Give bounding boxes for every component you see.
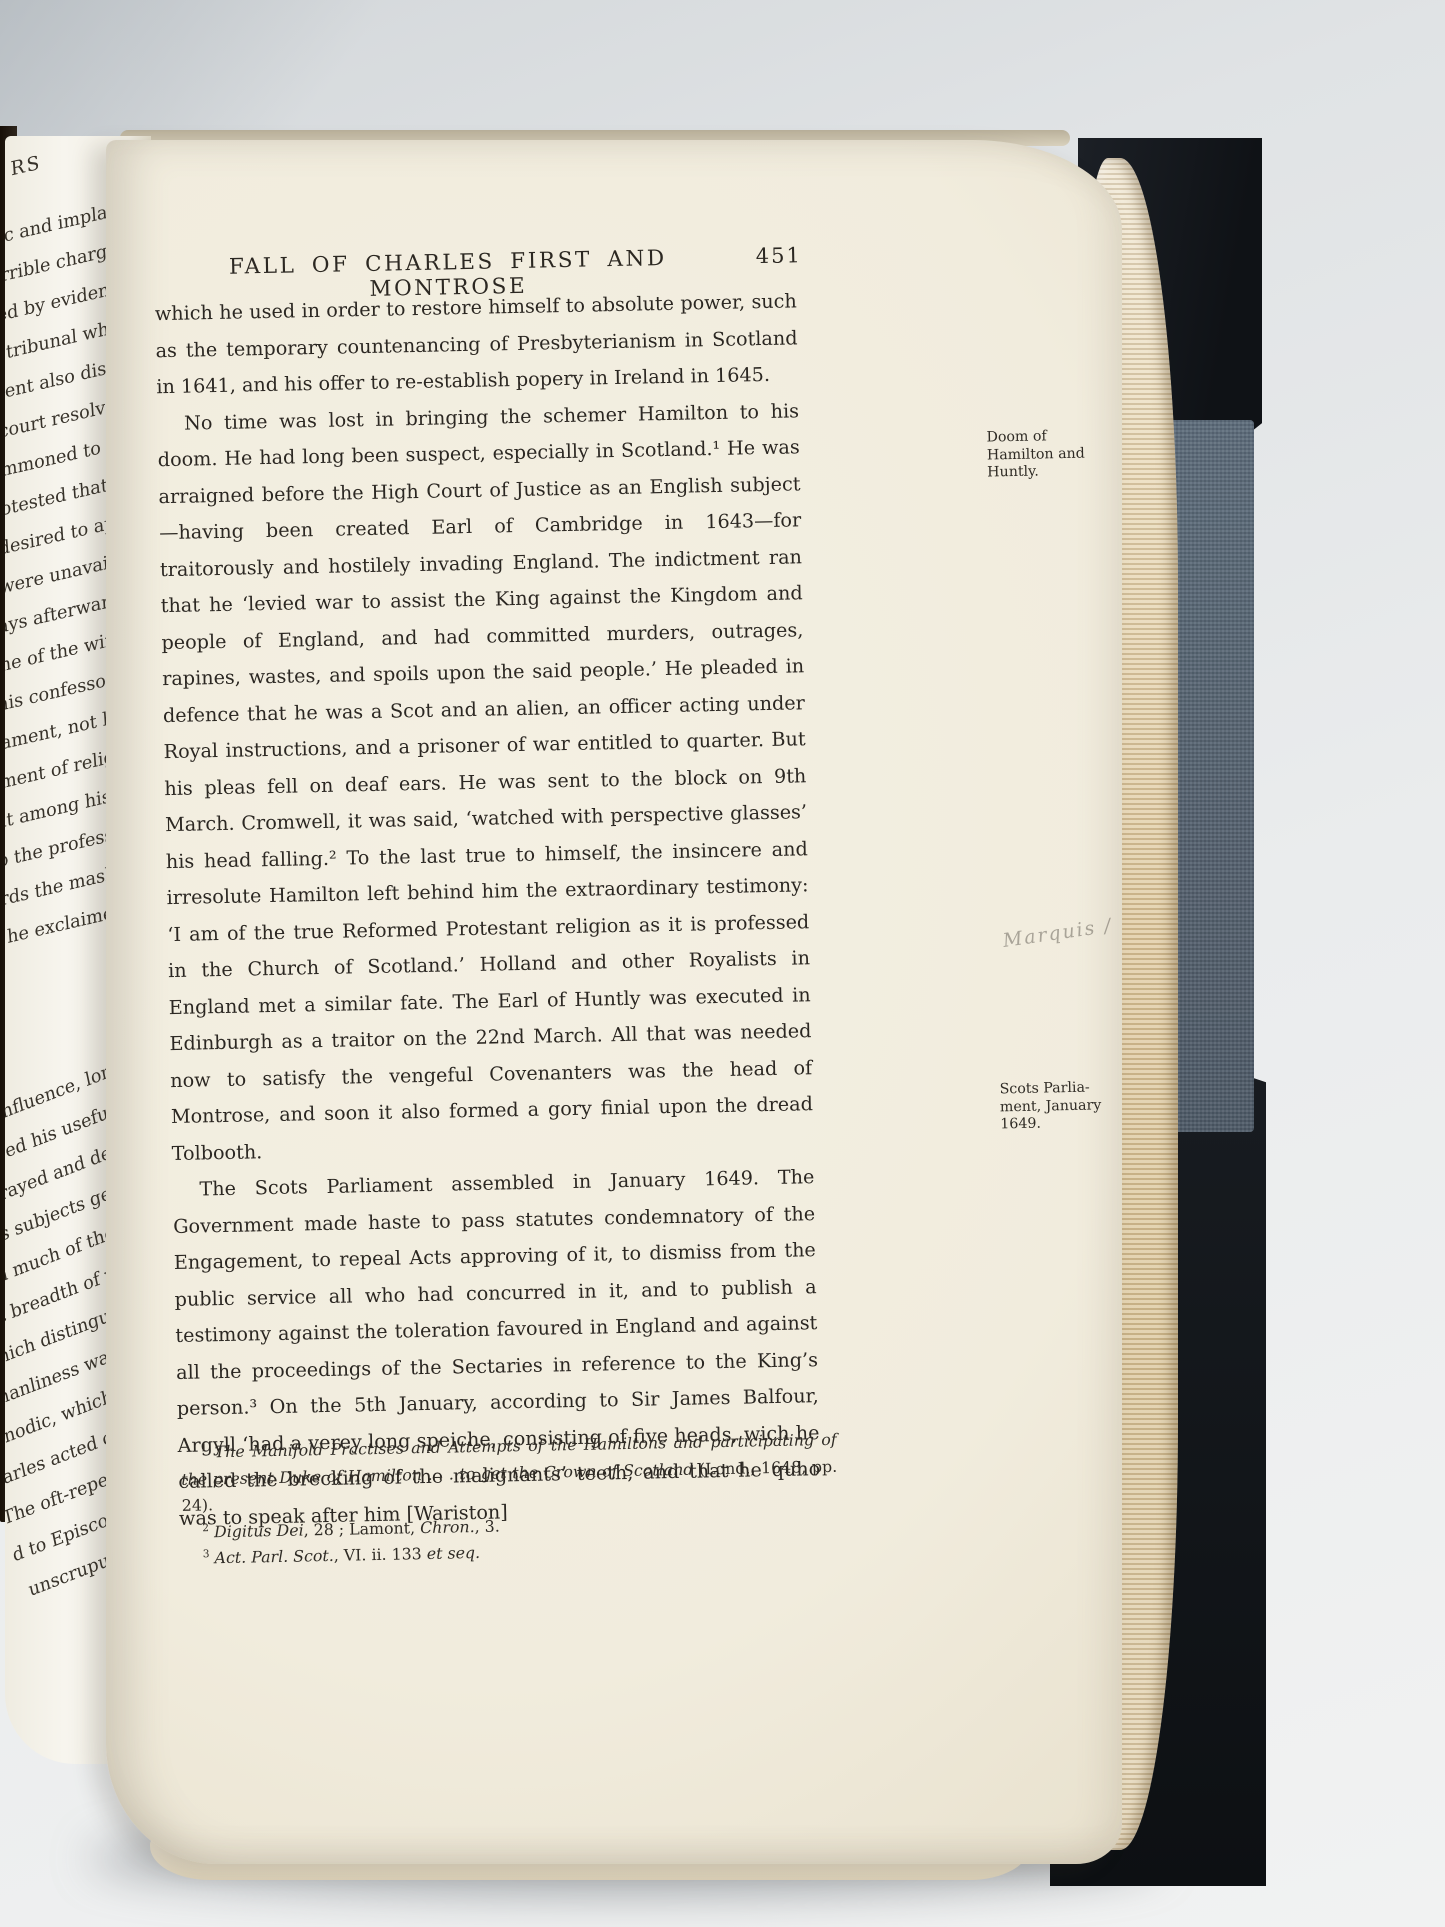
footnote-segment: Act. Parl. Scot. — [214, 1546, 334, 1567]
margin-note-scots-parliament: Scots Parlia-ment, January1649. — [999, 1079, 1128, 1134]
margin-note-line: 1649. — [1000, 1114, 1128, 1134]
footnote-marker: 2 — [202, 1522, 209, 1534]
footnote-segment: , VI. ii. 133 — [334, 1544, 427, 1565]
page-number: 451 — [742, 243, 803, 268]
footnote-segment: , 28 ; Lamont, — [303, 1518, 420, 1539]
footnote-segment: Digitus Dei — [214, 1520, 304, 1541]
paragraph-2: No time was lost in bringing the schemer… — [157, 393, 814, 1172]
margin-note-line: Huntly. — [987, 462, 1115, 482]
margin-note-doom-of-hamilton: Doom ofHamilton andHuntly. — [986, 427, 1115, 482]
main-page: FALL OF CHARLES FIRST AND MONTROSE 451 w… — [106, 140, 1122, 1864]
pencil-annotation: Marquis / — [1001, 915, 1114, 952]
footnote-segment: et seq. — [427, 1543, 481, 1563]
footnote-segment: , 3. — [474, 1516, 500, 1536]
paragraph-1: which he used in order to restore himsel… — [155, 283, 799, 405]
footnotes: 1 The Manifold Practises and Attempts of… — [180, 1427, 839, 1573]
body-column: which he used in order to restore himsel… — [155, 283, 822, 1537]
footnote-1: 1 The Manifold Practises and Attempts of… — [180, 1427, 837, 1520]
footnote-segment: Chron. — [420, 1517, 475, 1537]
footnote-marker: 1 — [201, 1442, 208, 1454]
main-page-content: FALL OF CHARLES FIRST AND MONTROSE 451 w… — [102, 121, 1152, 1865]
footnote-marker: 3 — [203, 1548, 210, 1560]
